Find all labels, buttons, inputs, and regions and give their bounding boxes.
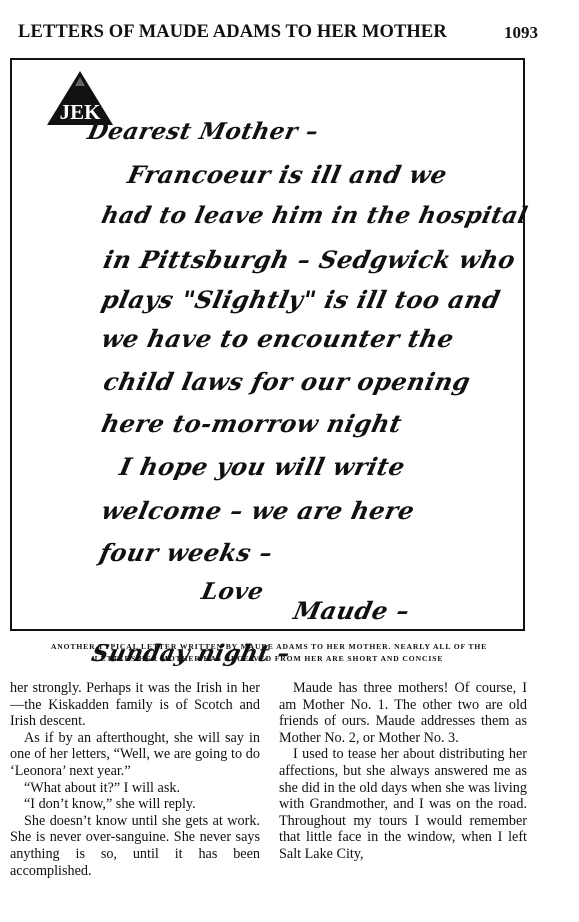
letter-line: we have to encounter the	[99, 324, 457, 353]
caption-line-2: LETTERS HER MOTHER HAS RECEIVED FROM HER…	[10, 653, 528, 665]
paragraph: her strongly. Perhaps it was the Irish i…	[10, 680, 260, 730]
running-head: LETTERS OF MAUDE ADAMS TO HER MOTHER 109…	[18, 22, 538, 46]
letter-line: I hope you will write	[117, 452, 408, 481]
letter-salutation: Dearest Mother –	[85, 118, 321, 145]
body-column-left: her strongly. Perhaps it was the Irish i…	[10, 680, 260, 879]
letter-line: here to-morrow night	[99, 409, 405, 438]
paragraph: I used to tease her about distributing h…	[279, 746, 527, 862]
page-number: 1093	[504, 23, 538, 43]
letter-signature: Maude –	[291, 596, 413, 625]
paragraph: “What about it?” I will ask.	[10, 780, 260, 797]
letter-line: welcome – we are here	[99, 496, 417, 525]
page-title: LETTERS OF MAUDE ADAMS TO HER MOTHER	[18, 22, 447, 43]
letter-line: in Pittsburgh – Sedgwick who	[101, 245, 518, 274]
figure-caption: ANOTHER TYPICAL LETTER WRITTEN BY MAUDE …	[10, 641, 528, 665]
letter-closing: Love	[199, 578, 266, 605]
caption-line-1: ANOTHER TYPICAL LETTER WRITTEN BY MAUDE …	[10, 641, 528, 653]
letter-line: four weeks –	[97, 538, 276, 567]
paragraph: “I don’t know,” she will reply.	[10, 796, 260, 813]
letter-line: had to leave him in the hospital	[99, 202, 530, 229]
paragraph: She doesn’t know until she gets at work.…	[10, 813, 260, 879]
letter-line: plays "Slightly" is ill too and	[99, 285, 503, 314]
letter-line: Francoeur is ill and we	[125, 160, 450, 189]
paragraph: Maude has three mothers! Of course, I am…	[279, 680, 527, 746]
letter-facsimile: JEK Dearest Mother – Francoeur is ill an…	[10, 58, 525, 631]
letter-line: child laws for our opening	[101, 367, 473, 396]
paragraph: As if by an afterthought, she will say i…	[10, 730, 260, 780]
body-column-right: Maude has three mothers! Of course, I am…	[279, 680, 527, 863]
